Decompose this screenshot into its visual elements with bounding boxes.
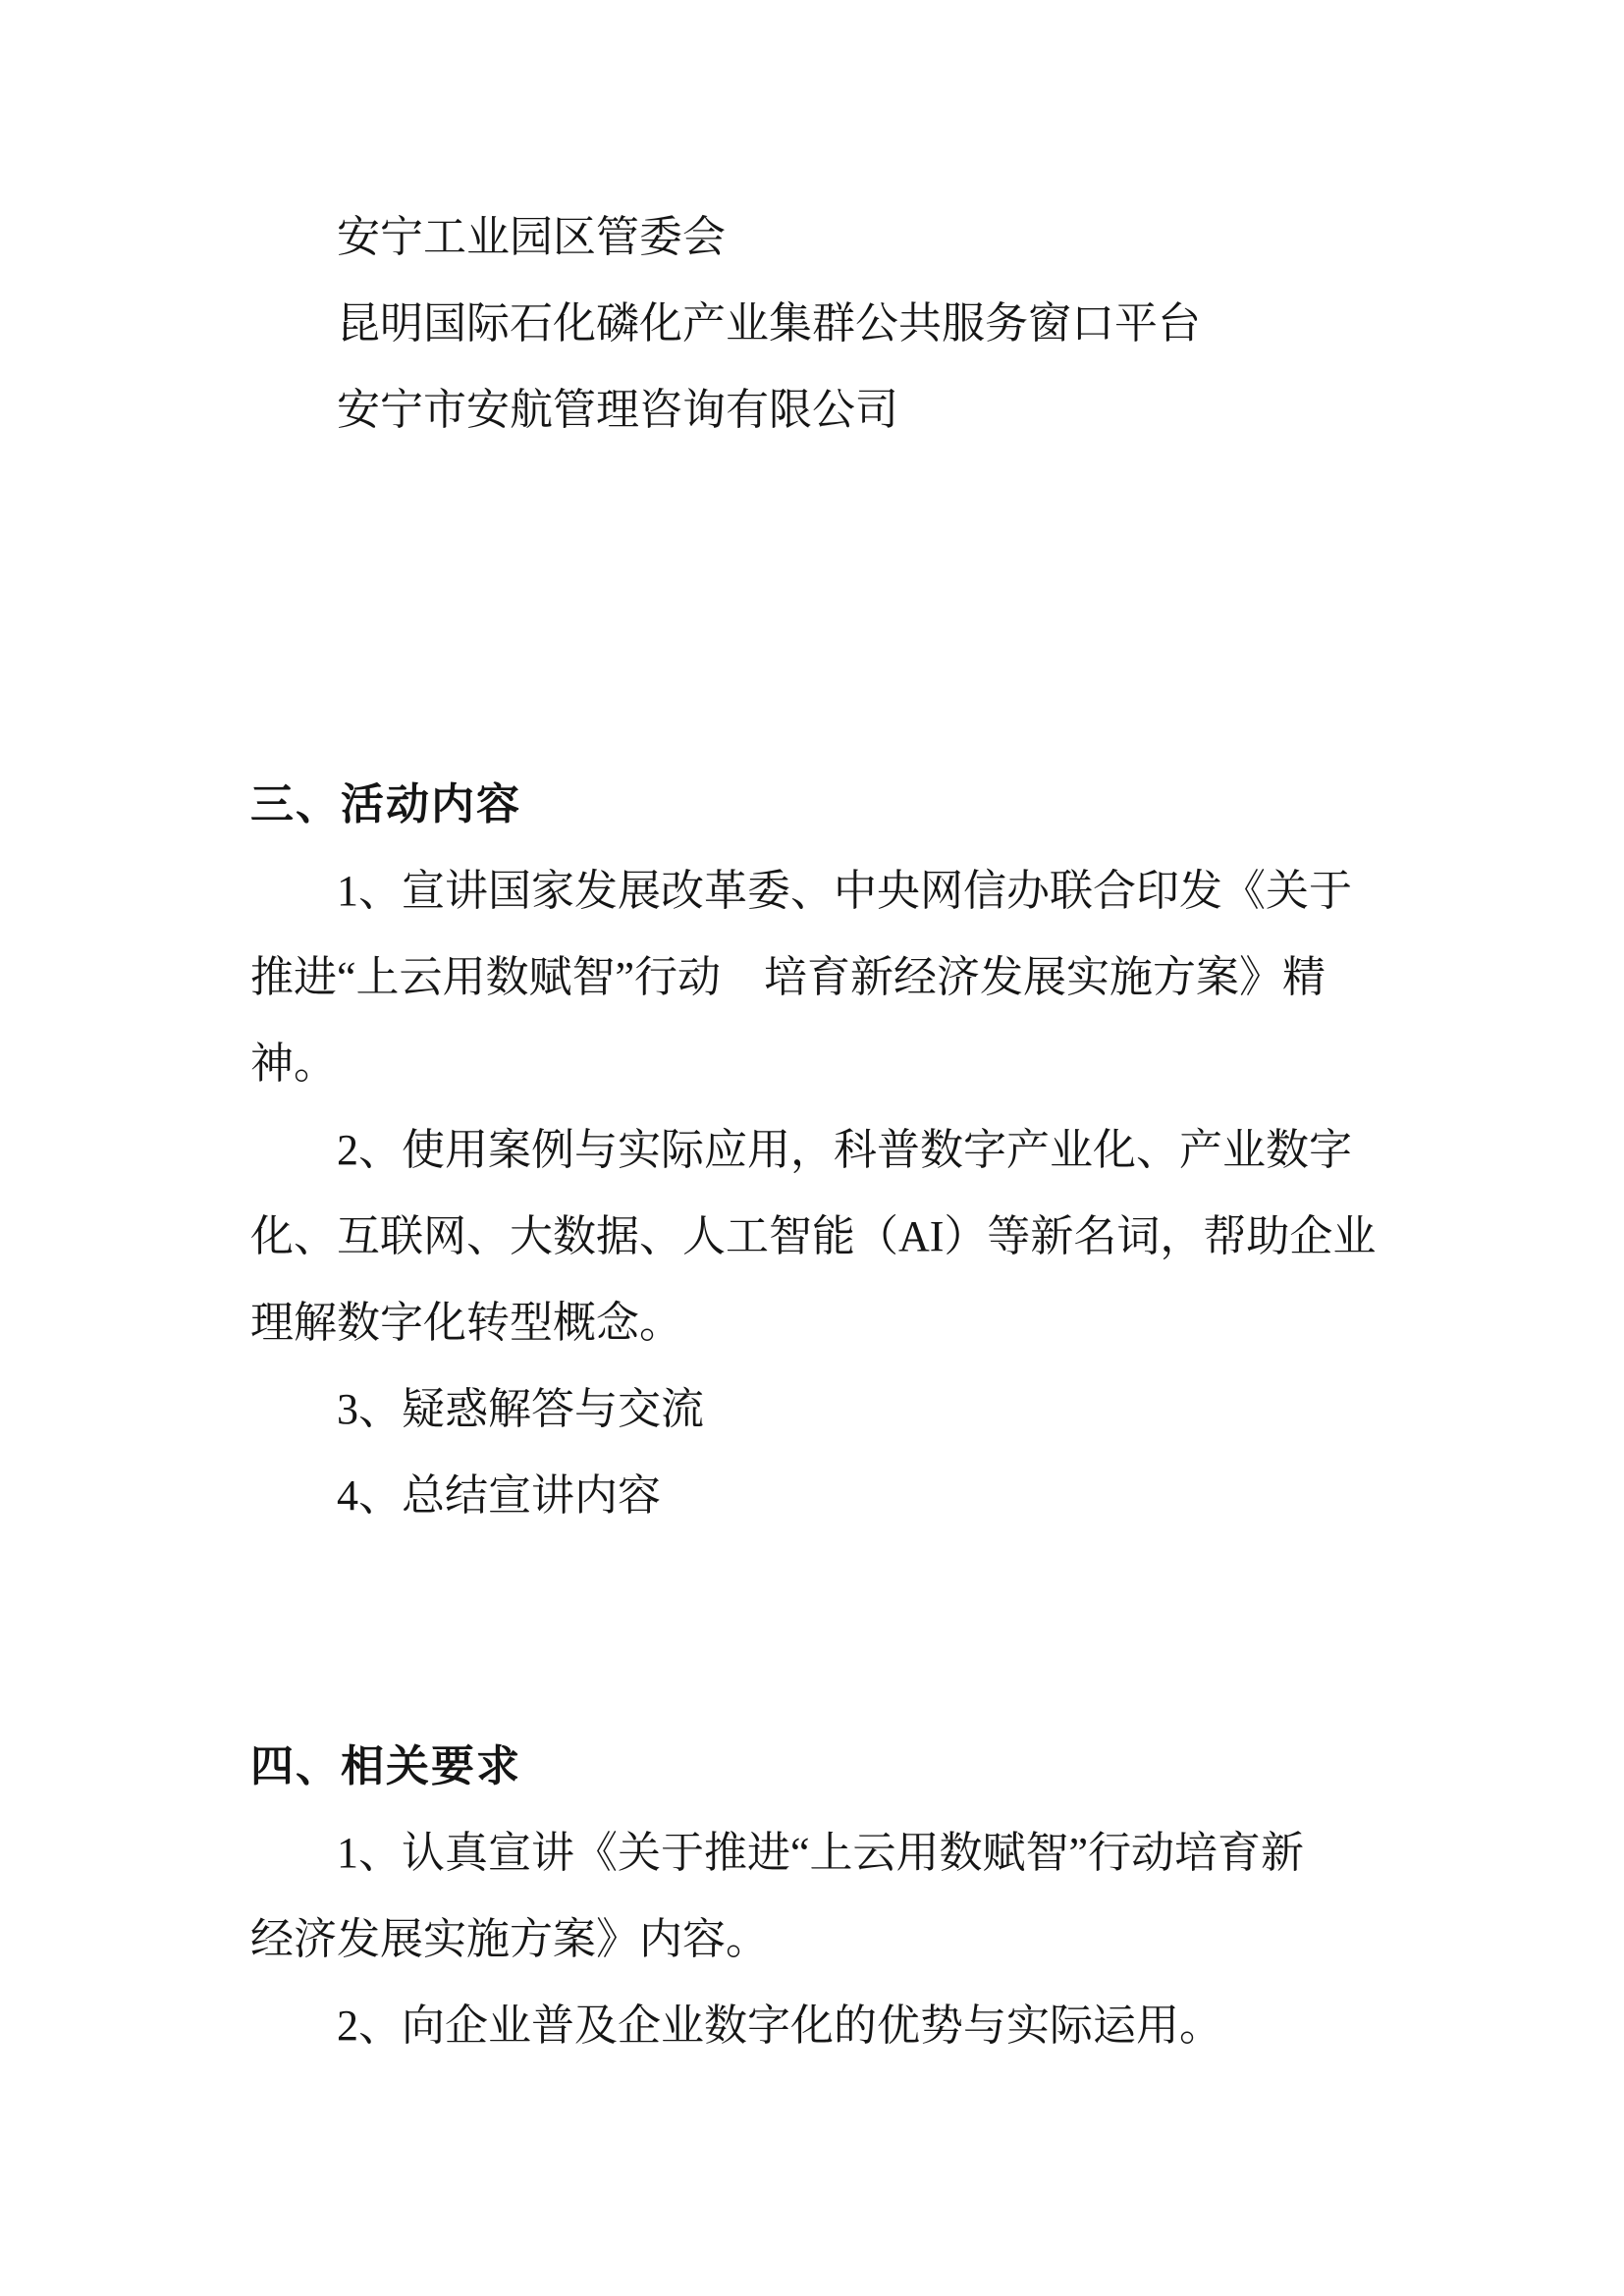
paragraph-line: 2、使用案例与实际应用，科普数字产业化、产业数字: [250, 1107, 1379, 1194]
paragraph-line: 经济发展实施方案》内容。: [250, 1896, 1379, 1983]
section-heading: 三、活动内容: [250, 762, 1379, 848]
paragraph-line: 化、互联网、大数据、人工智能（AI）等新名词，帮助企业: [250, 1194, 1379, 1280]
paragraph-line: 理解数字化转型概念。: [250, 1280, 1379, 1366]
organizer-line: 昆明国际石化磷化产业集群公共服务窗口平台: [250, 281, 1379, 367]
paragraph-line: 4、总结宣讲内容: [250, 1453, 1379, 1539]
paragraph-line: 1、认真宣讲《关于推进“上云用数赋智”行动培育新: [250, 1810, 1379, 1896]
section-related-requirements: 四、相关要求1、认真宣讲《关于推进“上云用数赋智”行动培育新经济发展实施方案》内…: [250, 1724, 1379, 2069]
section-heading: 四、相关要求: [250, 1724, 1379, 1810]
organizer-list: 安宁工业园区管委会昆明国际石化磷化产业集群公共服务窗口平台安宁市安航管理咨询有限…: [250, 194, 1379, 454]
paragraph-line: 2、向企业普及企业数字化的优势与实际运用。: [250, 1983, 1379, 2069]
document-body: 三、活动内容1、宣讲国家发展改革委、中央网信办联合印发《关于推进“上云用数赋智”…: [250, 762, 1379, 2069]
organizer-line: 安宁工业园区管委会: [250, 194, 1379, 281]
paragraph-line: 推进“上云用数赋智”行动 培育新经济发展实施方案》精: [250, 934, 1379, 1021]
organizer-line: 安宁市安航管理咨询有限公司: [250, 367, 1379, 454]
document-page: 安宁工业园区管委会昆明国际石化磷化产业集群公共服务窗口平台安宁市安航管理咨询有限…: [0, 0, 1624, 2296]
paragraph-line: 1、宣讲国家发展改革委、中央网信办联合印发《关于: [250, 848, 1379, 934]
paragraph-line: 3、疑惑解答与交流: [250, 1366, 1379, 1453]
paragraph-line: 神。: [250, 1021, 1379, 1107]
section-activity-content: 三、活动内容1、宣讲国家发展改革委、中央网信办联合印发《关于推进“上云用数赋智”…: [250, 762, 1379, 1539]
